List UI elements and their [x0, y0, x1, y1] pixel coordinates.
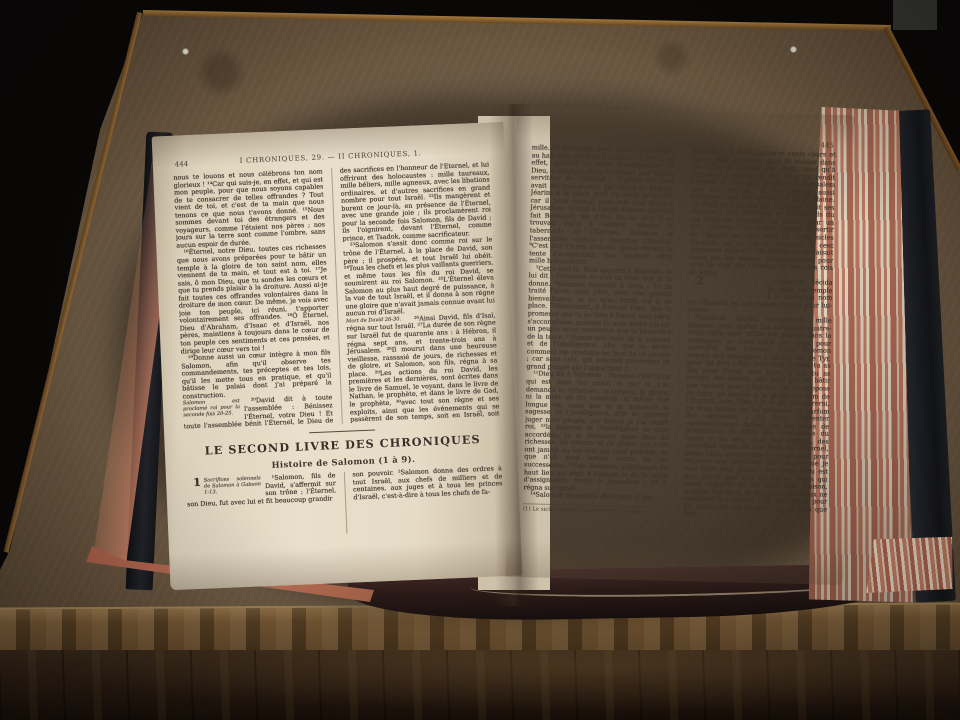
photo-scene: 444 I CHRONIQUES, 29. — II CHRONIQUES, 1… [0, 0, 960, 720]
chapter-start-columns: 1Sacrifices solennels de Salomon à Gabao… [186, 465, 504, 540]
desk-white-speck-left [182, 48, 189, 55]
text-column: nous te louons et nous célébrons ton nom… [173, 168, 333, 430]
section-divider-rule [309, 429, 375, 433]
left-page-columns: nous te louons et nous célébrons ton nom… [173, 161, 499, 430]
right-page-number: 445 [820, 141, 834, 149]
text-column: cavaliers ; il avait quatorze cents char… [674, 148, 836, 550]
background-wall-band [893, 0, 937, 30]
text-column: 1Sacrifices solennels de Salomon à Gabao… [186, 472, 338, 540]
desk-front-panel [0, 650, 960, 720]
left-page-number: 444 [175, 160, 189, 169]
right-running-head: II CHRONIQUES, 1, 2. [637, 132, 732, 142]
right-page-header: II CHRONIQUES, 1, 2. 445 [532, 129, 836, 144]
right-page-columns: mille. ³Il se rendit, avec toute l'assem… [522, 144, 836, 549]
text-column: mille. ³Il se rendit, avec toute l'assem… [522, 144, 675, 545]
left-page: 444 I CHRONIQUES, 29. — II CHRONIQUES, 1… [152, 122, 523, 590]
right-page: II CHRONIQUES, 1, 2. 445 mille. ³Il se r… [505, 107, 854, 585]
desk-white-speck-right [790, 46, 797, 53]
left-running-head: I CHRONIQUES, 29. — II CHRONIQUES, 1. [240, 149, 422, 165]
text-column: son pouvoir. ²Salomon donna des ordres à… [343, 465, 504, 534]
text-column: des sacrifices en l'honneur de l'Éternel… [331, 161, 500, 423]
